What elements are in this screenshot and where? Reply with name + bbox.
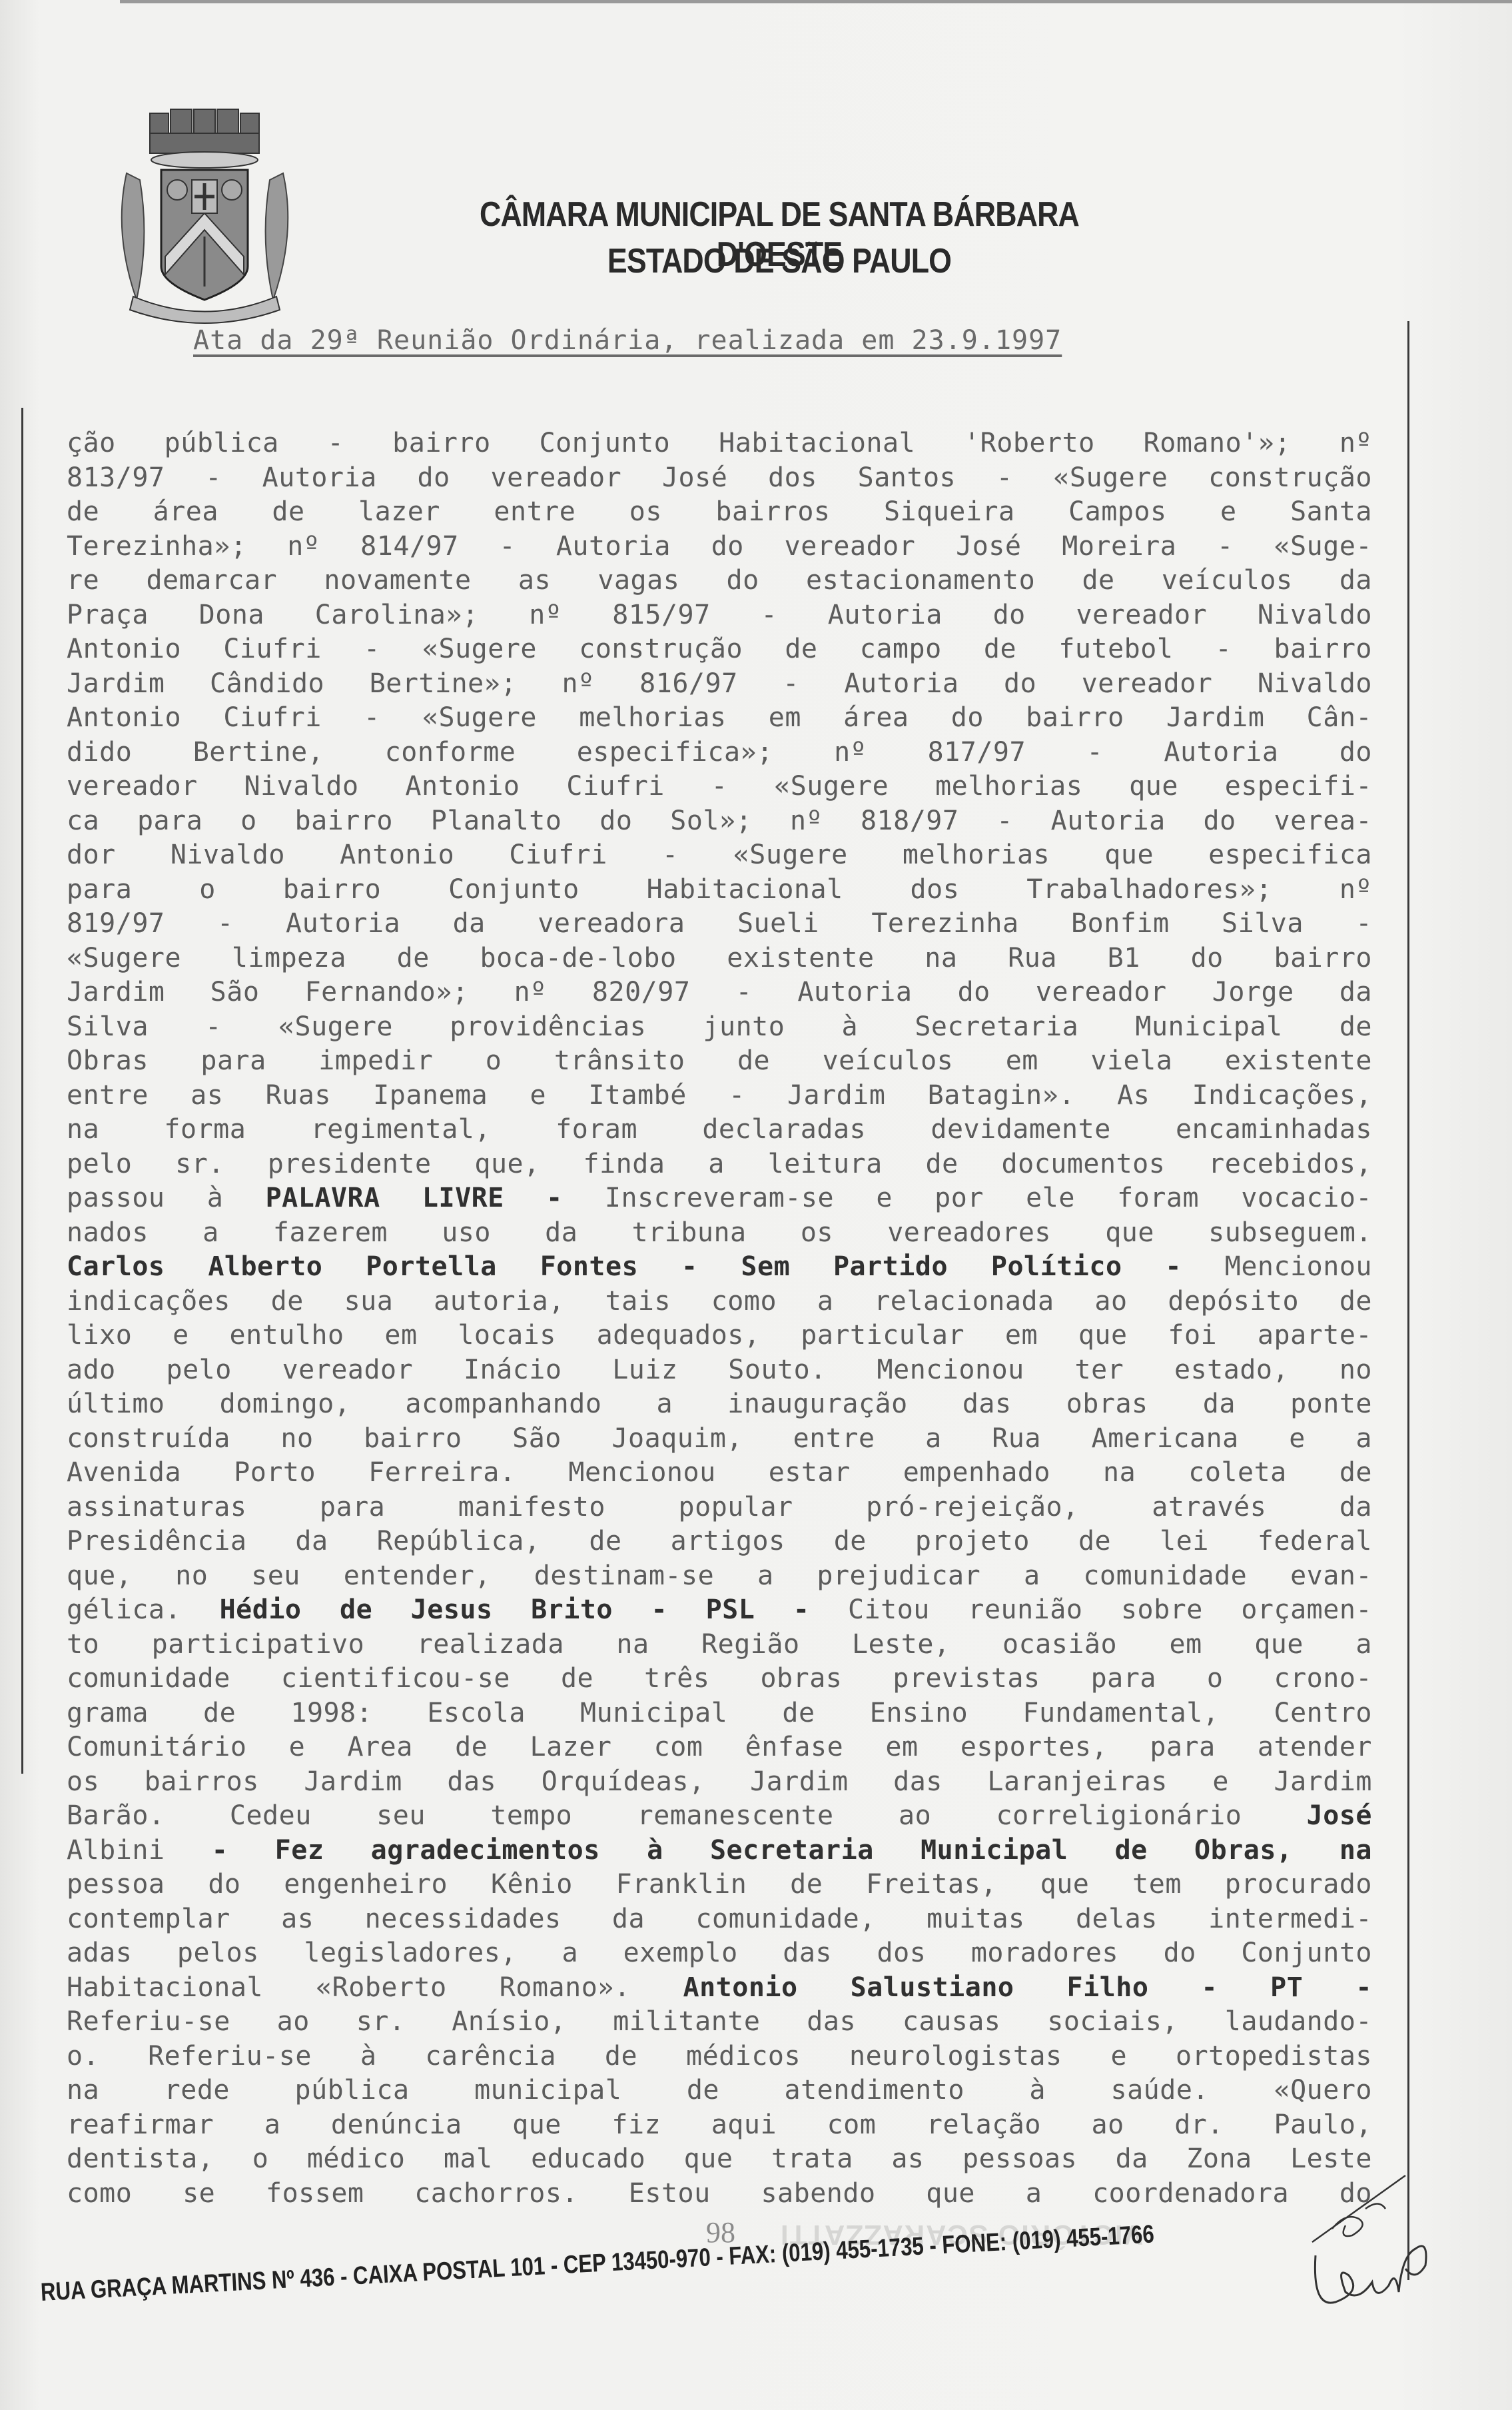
- minutes-body: ção pública - bairro Conjunto Habitacion…: [67, 426, 1372, 2211]
- minutes-line: dor Nivaldo Antonio Ciufri - «Sugere mel…: [67, 838, 1372, 873]
- right-margin-rule: [1407, 321, 1409, 2280]
- minutes-line: «Sugere limpeza de boca-de-lobo existent…: [67, 941, 1372, 976]
- minutes-line: grama de 1998: Escola Municipal de Ensin…: [67, 1696, 1372, 1731]
- minutes-line: construída no bairro São Joaquim, entre …: [67, 1422, 1372, 1457]
- minutes-line: assinaturas para manifesto popular pró-r…: [67, 1491, 1372, 1525]
- minutes-line: Referiu-se ao sr. Anísio, militante das …: [67, 2005, 1372, 2040]
- minutes-line: Antonio Ciufri - «Sugere melhorias em ár…: [67, 701, 1372, 736]
- minutes-line: indicações de sua autoria, tais como a r…: [67, 1285, 1372, 1319]
- minutes-line: nados a fazerem uso da tribuna os veread…: [67, 1216, 1372, 1251]
- minutes-line: vereador Nivaldo Antonio Ciufri - «Suger…: [67, 770, 1372, 804]
- minutes-line: como se fossem cachorros. Estou sabendo …: [67, 2177, 1372, 2211]
- minutes-line: ado pelo vereador Inácio Luiz Souto. Men…: [67, 1353, 1372, 1388]
- minutes-line: os bairros Jardim das Orquídeas, Jardim …: [67, 1765, 1372, 1800]
- minutes-line: comunidade cientificou-se de três obras …: [67, 1662, 1372, 1696]
- page-top-edge: [120, 0, 1512, 3]
- minutes-line: Albini - Fez agradecimentos à Secretaria…: [67, 1834, 1372, 1868]
- minutes-line: lixo e entulho em locais adequados, part…: [67, 1319, 1372, 1353]
- left-margin-rule: [21, 408, 23, 1774]
- minutes-line: adas pelos legisladores, a exemplo das d…: [67, 1936, 1372, 1971]
- minutes-line: to participativo realizada na Região Les…: [67, 1628, 1372, 1662]
- minutes-line: que, no seu entender, destinam-se a prej…: [67, 1559, 1372, 1594]
- minutes-line: Presidência da República, de artigos de …: [67, 1524, 1372, 1559]
- minutes-line: para o bairro Conjunto Habitacional dos …: [67, 873, 1372, 907]
- minutes-line: Barão. Cedeu seu tempo remanescente ao c…: [67, 1799, 1372, 1834]
- minutes-line: pessoa do engenheiro Kênio Franklin de F…: [67, 1868, 1372, 1902]
- minutes-line: Jardim São Fernando»; nº 820/97 - Autori…: [67, 975, 1372, 1010]
- minutes-line: na forma regimental, foram declaradas de…: [67, 1113, 1372, 1147]
- minutes-line: Silva - «Sugere providências junto à Sec…: [67, 1010, 1372, 1045]
- minutes-line: Carlos Alberto Portella Fontes - Sem Par…: [67, 1250, 1372, 1285]
- minutes-line: dido Bertine, conforme especifica»; nº 8…: [67, 736, 1372, 770]
- minutes-line: re demarcar novamente as vagas do estaci…: [67, 564, 1372, 598]
- minutes-line: ca para o bairro Planalto do Sol»; nº 81…: [67, 804, 1372, 839]
- minutes-line: Avenida Porto Ferreira. Mencionou estar …: [67, 1456, 1372, 1491]
- minutes-title: Ata da 29ª Reunião Ordinária, realizada …: [193, 325, 1062, 356]
- minutes-line: Praça Dona Carolina»; nº 815/97 - Autori…: [67, 598, 1372, 633]
- minutes-line: pelo sr. presidente que, finda a leitura…: [67, 1147, 1372, 1182]
- minutes-line: entre as Ruas Ipanema e Itambé - Jardim …: [67, 1079, 1372, 1113]
- minutes-line: 813/97 - Autoria do vereador José dos Sa…: [67, 461, 1372, 496]
- minutes-line: reafirmar a denúncia que fiz aqui com re…: [67, 2108, 1372, 2143]
- minutes-line: passou à PALAVRA LIVRE - Inscreveram-se …: [67, 1181, 1372, 1216]
- minutes-line: Terezinha»; nº 814/97 - Autoria do verea…: [67, 530, 1372, 564]
- minutes-line: Comunitário e Area de Lazer com ênfase e…: [67, 1730, 1372, 1765]
- minutes-line: contemplar as necessidades da comunidade…: [67, 1902, 1372, 1937]
- minutes-line: de área de lazer entre os bairros Siquei…: [67, 495, 1372, 530]
- minutes-line: gélica. Hédio de Jesus Brito - PSL - Cit…: [67, 1593, 1372, 1628]
- minutes-line: Obras para impedir o trânsito de veículo…: [67, 1044, 1372, 1079]
- minutes-line: o. Referiu-se à carência de médicos neur…: [67, 2040, 1372, 2074]
- minutes-line: 819/97 - Autoria da vereadora Sueli Tere…: [67, 907, 1372, 941]
- minutes-line: Antonio Ciufri - «Sugere construção de c…: [67, 632, 1372, 667]
- signature-icon: [1309, 2229, 1462, 2315]
- state-name: ESTADO DE SÃO PAULO: [430, 241, 1128, 281]
- minutes-line: Habitacional «Roberto Romano». Antonio S…: [67, 1971, 1372, 2006]
- minutes-line: na rede pública municipal de atendimento…: [67, 2074, 1372, 2108]
- minutes-line: dentista, o médico mal educado que trata…: [67, 2142, 1372, 2177]
- municipal-coat-of-arms-icon: [87, 107, 306, 326]
- minutes-line: ção pública - bairro Conjunto Habitacion…: [67, 426, 1372, 461]
- minutes-line: último domingo, acompanhando a inauguraç…: [67, 1387, 1372, 1422]
- minutes-line: Jardim Cândido Bertine»; nº 816/97 - Aut…: [67, 667, 1372, 702]
